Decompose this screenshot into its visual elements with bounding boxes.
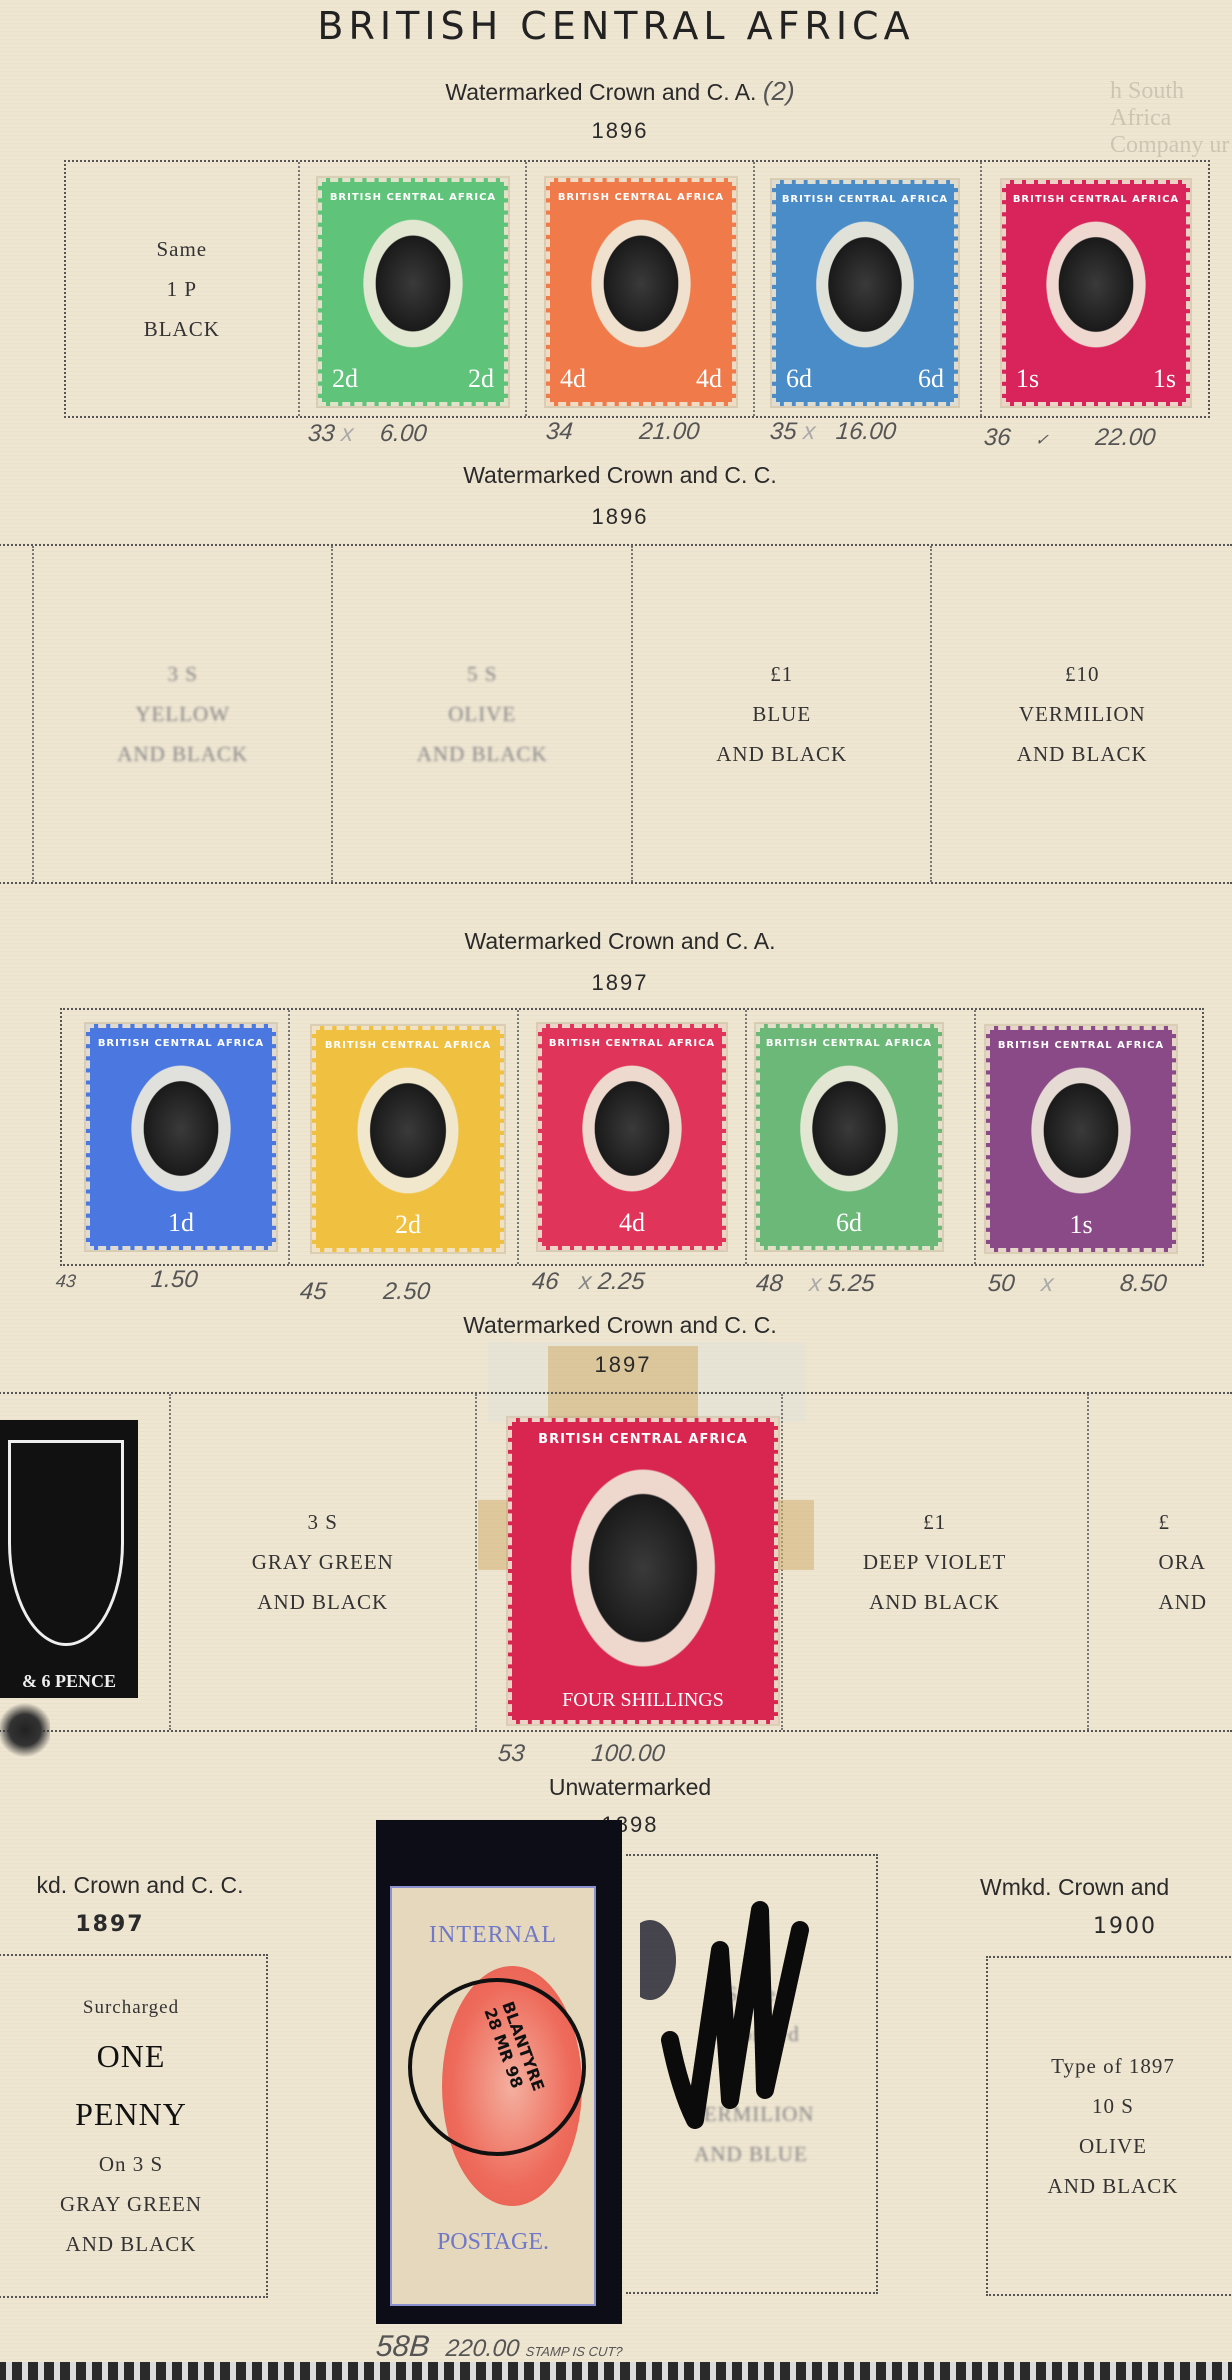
- price: 22.00: [1094, 424, 1156, 451]
- stamp-value: 1s: [1153, 364, 1176, 394]
- stamp-inscription: BRITISH CENTRAL AFRICA: [558, 192, 724, 203]
- space-line: Surcharged: [83, 1988, 179, 2028]
- stamp-inscription: BRITISH CENTRAL AFRICA: [330, 192, 496, 203]
- stamp-value: 2d: [395, 1210, 421, 1240]
- catalog-number: 43: [55, 1271, 77, 1291]
- section1-header-text: Watermarked Crown and C. A.: [445, 79, 756, 105]
- stamp-space-surcharged-one-penny: Surcharged ONE PENNY On 3 S GRAY GREEN A…: [0, 1956, 266, 2296]
- space-line: £10: [1065, 654, 1100, 694]
- stamp-value: 4d: [696, 364, 722, 394]
- space-line: 1 P: [167, 269, 197, 309]
- catalog-annotation: 53 100.00: [497, 1740, 666, 1768]
- price: 6.00: [379, 420, 428, 447]
- coat-of-arms-icon: [349, 1057, 467, 1204]
- catalog-number: 34: [545, 418, 574, 445]
- stamp-space-1pound-blue: £1 BLUE AND BLACK: [633, 546, 933, 882]
- bleed-text: h South Africa Company ur: [1110, 78, 1232, 159]
- space-line: ONE: [97, 2028, 166, 2084]
- space-line: 10 S: [1092, 2086, 1134, 2126]
- space-line: GRAY GREEN: [60, 2184, 202, 2224]
- stamp-value: 1s: [1069, 1210, 1092, 1240]
- catalog-annotation: 46 x 2.25: [531, 1268, 646, 1296]
- catalog-annotation: 35 x 16.00: [769, 418, 898, 446]
- binder-holes: [0, 2362, 1232, 2380]
- stamp-inscription: BRITISH CENTRAL AFRICA: [549, 1038, 715, 1049]
- section3-year: 1897: [350, 970, 890, 996]
- space-line: 3 S: [308, 1502, 338, 1542]
- catalog-number: 50: [987, 1270, 1016, 1297]
- coat-of-arms-icon: [559, 1453, 727, 1683]
- space-line: AND BLACK: [117, 734, 248, 774]
- stamp-value: 1d: [168, 1208, 194, 1238]
- check-mark: x: [578, 1268, 592, 1295]
- page-title: BRITISH CENTRAL AFRICA: [0, 4, 1232, 48]
- space-line: AND BLACK: [716, 734, 847, 774]
- section4-header: Watermarked Crown and C. C.: [350, 1312, 890, 1339]
- section1-header: Watermarked Crown and C. A. (2): [350, 76, 890, 107]
- catalog-number: 48: [755, 1270, 784, 1297]
- section1-year: 1896: [350, 118, 890, 144]
- stamp-space-partial: £ ORA AND: [1089, 1394, 1232, 1730]
- space-line: VERMILION: [1019, 694, 1146, 734]
- stamp-inscription: BRITISH CENTRAL AFRICA: [766, 1038, 932, 1049]
- ink-blot: [0, 1700, 50, 1760]
- stamp-space-10pound-vermilion: £10 VERMILION AND BLACK: [932, 546, 1232, 882]
- coat-of-arms-icon: [123, 1055, 239, 1202]
- section3-header: Watermarked Crown and C. A.: [350, 928, 890, 955]
- stamp-2d-yellow[interactable]: BRITISH CENTRAL AFRICA 2d: [312, 1026, 504, 1252]
- section5-left-year: 1897: [0, 1912, 220, 1937]
- stamp-6d-green[interactable]: BRITISH CENTRAL AFRICA 6d: [756, 1024, 942, 1250]
- catalog-annotation: 58B 220.00 STAMP IS CUT?: [375, 2330, 625, 2364]
- space-line: YELLOW: [135, 694, 230, 734]
- stamp-4d-orange[interactable]: BRITISH CENTRAL AFRICA 4d4d: [546, 178, 736, 406]
- check-mark: x: [340, 420, 354, 447]
- stamp-space-5s-olive: 5 S OLIVE AND BLACK: [333, 546, 633, 882]
- stamp-value: 2d: [332, 364, 358, 394]
- stamp-value: 6d: [918, 364, 944, 394]
- space-line: GRAY GREEN: [252, 1542, 394, 1582]
- catalog-annotation: 45 2.50: [299, 1278, 432, 1306]
- shield-icon: [8, 1440, 124, 1646]
- stamp-inscription: BRITISH CENTRAL AFRICA: [1013, 194, 1179, 205]
- coat-of-arms-icon: [583, 209, 699, 358]
- price: 100.00: [590, 1740, 666, 1767]
- stamp-space-3s-gray-green: 3 S GRAY GREEN AND BLACK: [171, 1394, 477, 1730]
- space-line: AND BLACK: [417, 734, 548, 774]
- catalog-number: 53: [497, 1740, 526, 1767]
- space-line: OLIVE: [448, 694, 516, 734]
- catalog-annotation: 50 x 8.50: [987, 1270, 1168, 1298]
- stamp-value: 6d: [786, 364, 812, 394]
- space-line: PENNY: [75, 2084, 187, 2144]
- coat-of-arms-icon: [792, 1055, 906, 1202]
- catalog-number: 46: [531, 1268, 560, 1295]
- stamp-inscription: BRITISH CENTRAL AFRICA: [98, 1038, 264, 1049]
- check-mark: x: [802, 418, 816, 445]
- space-line: AND BLACK: [66, 2224, 197, 2264]
- stamp-inscription: BRITISH CENTRAL AFRICA: [325, 1040, 491, 1051]
- stamp-4d-carmine[interactable]: BRITISH CENTRAL AFRICA 4d: [538, 1024, 726, 1250]
- catalog-annotation: 43 1.50: [55, 1266, 199, 1294]
- section5-right-header: Wmkd. Crown and: [980, 1874, 1232, 1901]
- section5-right-year: 1900: [1050, 1914, 1200, 1939]
- catalog-number: 36: [983, 424, 1012, 451]
- space-line: 3 S: [167, 654, 197, 694]
- stamp-space-10s-olive: Type of 1897 10 S OLIVE AND BLACK: [988, 1958, 1232, 2294]
- stamp-1d-blue[interactable]: BRITISH CENTRAL AFRICA 1d: [86, 1024, 276, 1250]
- section5-left-row: Surcharged ONE PENNY On 3 S GRAY GREEN A…: [0, 1954, 268, 2298]
- price: 16.00: [835, 418, 897, 445]
- spacer: [0, 546, 34, 882]
- catalog-number: 35: [769, 418, 798, 445]
- stamp-6d-blue[interactable]: BRITISH CENTRAL AFRICA 6d6d: [772, 180, 958, 406]
- stamp-2d-green[interactable]: BRITISH CENTRAL AFRICA 2d2d: [318, 178, 508, 406]
- stamp-space-1pound-deep-violet: £1 DEEP VIOLET AND BLACK: [783, 1394, 1089, 1730]
- space-line: AND BLACK: [1048, 2166, 1179, 2206]
- space-line: AND BLACK: [257, 1582, 388, 1622]
- space-line: Type of 1897: [1051, 2046, 1175, 2086]
- space-line: ORA: [1159, 1542, 1206, 1582]
- stamp-internal-postage[interactable]: INTERNAL BLANTYRE 28 MR 98 POSTAGE.: [390, 1886, 596, 2306]
- stamp-top-text: INTERNAL: [392, 1922, 594, 1949]
- stamp-space-3s-yellow: 3 S YELLOW AND BLACK: [34, 546, 334, 882]
- catalog-annotation: 36 ✓ 22.00: [983, 424, 1157, 452]
- ink-scribble-icon: [640, 1890, 860, 2140]
- check-mark: x: [1040, 1270, 1054, 1297]
- space-line: 5 S: [467, 654, 497, 694]
- space-line: £1: [770, 654, 793, 694]
- stamp-value: 1s: [1016, 364, 1039, 394]
- space-line: DEEP VIOLET: [863, 1542, 1006, 1582]
- stamp-inscription: BRITISH CENTRAL AFRICA: [538, 1432, 748, 1447]
- stamp-value: 2d: [468, 364, 494, 394]
- catalog-number: 58B: [375, 2330, 431, 2363]
- pencil-annotation: (2): [763, 76, 795, 106]
- section5-right-row: Type of 1897 10 S OLIVE AND BLACK: [986, 1956, 1232, 2296]
- space-line: AND BLUE: [694, 2134, 808, 2174]
- section2-year: 1896: [350, 504, 890, 530]
- space-line: AND BLACK: [869, 1582, 1000, 1622]
- coat-of-arms-icon: [808, 211, 922, 358]
- check-mark: ✓: [1034, 432, 1049, 449]
- price: 2.25: [597, 1268, 646, 1295]
- space-line: Same: [156, 229, 207, 269]
- stamp-value: 4d: [619, 1208, 645, 1238]
- catalog-annotation: 48 x 5.25: [755, 1270, 876, 1298]
- section5-left-header: kd. Crown and C. C.: [0, 1872, 290, 1899]
- price: 1.50: [150, 1266, 199, 1293]
- catalog-number: 33: [307, 420, 336, 447]
- stamp-inscription: BRITISH CENTRAL AFRICA: [782, 194, 948, 205]
- stamp-space-1p-black: Same 1 P BLACK: [66, 162, 300, 416]
- coat-of-arms-icon: [1023, 1057, 1139, 1204]
- section5-header: Unwatermarked: [440, 1774, 820, 1801]
- pencil-note: STAMP IS CUT?: [525, 2344, 623, 2359]
- catalog-number: 45: [299, 1278, 328, 1305]
- coat-of-arms-icon: [1038, 211, 1153, 358]
- stamp-inscription: BRITISH CENTRAL AFRICA: [998, 1040, 1164, 1051]
- stamp-value: 4d: [560, 364, 586, 394]
- stamp-four-shillings[interactable]: BRITISH CENTRAL AFRICA FOUR SHILLINGS: [508, 1418, 778, 1724]
- stamp-1s-violet[interactable]: BRITISH CENTRAL AFRICA 1s: [986, 1026, 1176, 1252]
- space-line: AND BLACK: [1017, 734, 1148, 774]
- catalog-annotation: 34 21.00: [545, 418, 701, 446]
- section2-header: Watermarked Crown and C. C.: [350, 462, 890, 489]
- price: 21.00: [638, 418, 700, 445]
- section4-year: 1897: [548, 1352, 698, 1378]
- stamp-value: & 6 PENCE: [0, 1671, 138, 1692]
- coat-of-arms-icon: [574, 1055, 689, 1202]
- section2-row: 3 S YELLOW AND BLACK 5 S OLIVE AND BLACK…: [0, 544, 1232, 884]
- space-line: On 3 S: [99, 2144, 163, 2184]
- space-line: OLIVE: [1079, 2126, 1147, 2166]
- price: 8.50: [1119, 1270, 1168, 1297]
- space-line: £1: [923, 1502, 946, 1542]
- stamp-value: 6d: [836, 1208, 862, 1238]
- check-mark: x: [808, 1270, 822, 1297]
- space-line: £: [1159, 1502, 1171, 1542]
- stamp-value: FOUR SHILLINGS: [562, 1689, 724, 1712]
- stamp-bottom-text: POSTAGE.: [392, 2229, 594, 2256]
- price: 2.50: [382, 1278, 431, 1305]
- space-line: BLUE: [752, 694, 811, 734]
- price: 220.00: [445, 2335, 521, 2362]
- space-line: AND: [1159, 1582, 1208, 1622]
- stamp-1s-rose[interactable]: BRITISH CENTRAL AFRICA 1s1s: [1002, 180, 1190, 406]
- coat-of-arms-icon: [355, 209, 471, 358]
- price: 5.25: [827, 1270, 876, 1297]
- space-line: BLACK: [144, 309, 220, 349]
- catalog-annotation: 33 x 6.00: [307, 420, 428, 448]
- stamp-black-partial[interactable]: & 6 PENCE: [0, 1420, 138, 1698]
